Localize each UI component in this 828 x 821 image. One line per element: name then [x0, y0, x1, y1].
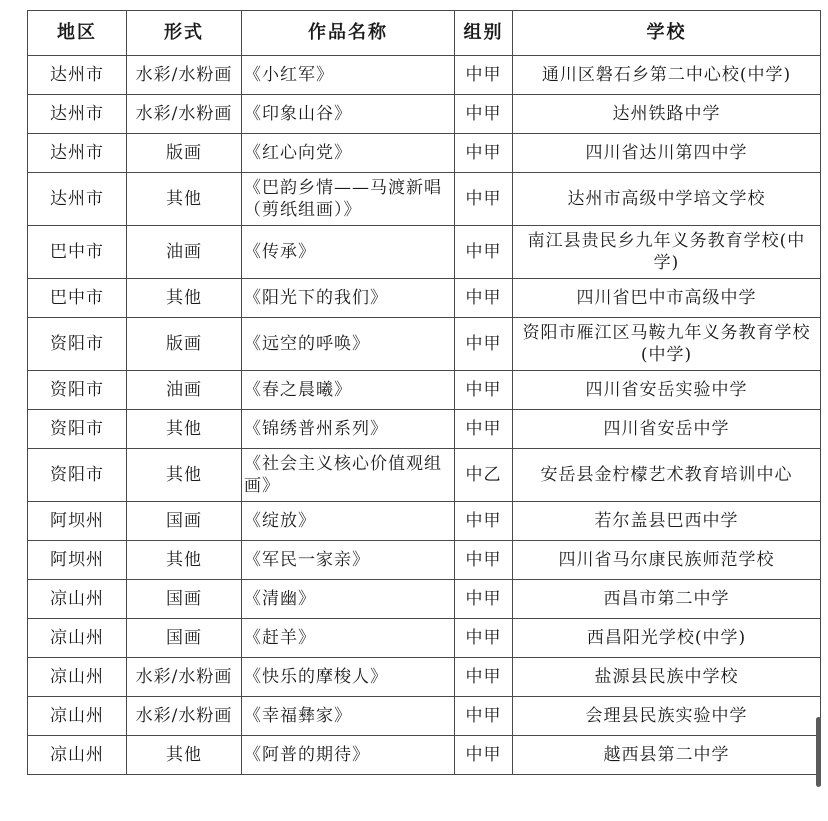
table-row: 达州市 水彩/水粉画 《小红军》 中甲 通川区磐石乡第二中心校(中学)	[28, 56, 821, 95]
cell-region: 凉山州	[28, 697, 127, 736]
cell-group: 中甲	[455, 318, 513, 371]
cell-group: 中甲	[455, 279, 513, 318]
cell-form: 其他	[127, 410, 242, 449]
table-row: 资阳市 版画 《远空的呼唤》 中甲 资阳市雁江区马鞍九年义务教育学校(中学)	[28, 318, 821, 371]
cell-region: 达州市	[28, 173, 127, 226]
cell-form: 其他	[127, 279, 242, 318]
cell-region: 达州市	[28, 95, 127, 134]
cell-form: 水彩/水粉画	[127, 56, 242, 95]
cell-group: 中甲	[455, 541, 513, 580]
cell-group: 中甲	[455, 410, 513, 449]
cell-group: 中甲	[455, 173, 513, 226]
cell-region: 资阳市	[28, 410, 127, 449]
table-row: 资阳市 其他 《锦绣普州系列》 中甲 四川省安岳中学	[28, 410, 821, 449]
cell-form: 国画	[127, 580, 242, 619]
cell-school: 西昌市第二中学	[513, 580, 821, 619]
cell-region: 巴中市	[28, 226, 127, 279]
cell-school: 越西县第二中学	[513, 736, 821, 775]
cell-form: 其他	[127, 736, 242, 775]
cell-form: 水彩/水粉画	[127, 658, 242, 697]
cell-school: 四川省达川第四中学	[513, 134, 821, 173]
table-row: 达州市 水彩/水粉画 《印象山谷》 中甲 达州铁路中学	[28, 95, 821, 134]
cell-region: 阿坝州	[28, 541, 127, 580]
cell-region: 达州市	[28, 56, 127, 95]
cell-school: 达州市高级中学培文学校	[513, 173, 821, 226]
header-form: 形式	[127, 11, 242, 56]
cell-form: 版画	[127, 318, 242, 371]
cell-group: 中甲	[455, 134, 513, 173]
table-row: 凉山州 国画 《赶羊》 中甲 西昌阳光学校(中学)	[28, 619, 821, 658]
table-row: 资阳市 其他 《社会主义核心价值观组画》 中乙 安岳县金柠檬艺术教育培训中心	[28, 449, 821, 502]
cell-group: 中乙	[455, 449, 513, 502]
cell-form: 其他	[127, 449, 242, 502]
cell-title: 《远空的呼唤》	[242, 318, 455, 371]
cell-school: 安岳县金柠檬艺术教育培训中心	[513, 449, 821, 502]
cell-form: 水彩/水粉画	[127, 95, 242, 134]
cell-region: 凉山州	[28, 619, 127, 658]
cell-school: 会理县民族实验中学	[513, 697, 821, 736]
cell-region: 资阳市	[28, 318, 127, 371]
cell-school: 南江县贵民乡九年义务教育学校(中学)	[513, 226, 821, 279]
cell-form: 油画	[127, 371, 242, 410]
table-row: 达州市 其他 《巴韵乡情——马渡新唱（剪纸组画）》 中甲 达州市高级中学培文学校	[28, 173, 821, 226]
cell-title: 《快乐的摩梭人》	[242, 658, 455, 697]
cell-title: 《印象山谷》	[242, 95, 455, 134]
cell-region: 资阳市	[28, 449, 127, 502]
cell-group: 中甲	[455, 56, 513, 95]
cell-title: 《红心向党》	[242, 134, 455, 173]
table-row: 阿坝州 其他 《军民一家亲》 中甲 四川省马尔康民族师范学校	[28, 541, 821, 580]
header-region: 地区	[28, 11, 127, 56]
cell-title: 《阳光下的我们》	[242, 279, 455, 318]
cell-region: 凉山州	[28, 580, 127, 619]
awards-table: 地区 形式 作品名称 组别 学校 达州市 水彩/水粉画 《小红军》 中甲 通川区…	[27, 10, 821, 775]
cell-form: 国画	[127, 502, 242, 541]
table-row: 凉山州 国画 《清幽》 中甲 西昌市第二中学	[28, 580, 821, 619]
cell-title: 《小红军》	[242, 56, 455, 95]
cell-region: 凉山州	[28, 658, 127, 697]
cell-title: 《幸福彝家》	[242, 697, 455, 736]
cell-title: 《春之晨曦》	[242, 371, 455, 410]
cell-title: 《绽放》	[242, 502, 455, 541]
cell-school: 若尔盖县巴西中学	[513, 502, 821, 541]
header-group: 组别	[455, 11, 513, 56]
cell-region: 巴中市	[28, 279, 127, 318]
cell-group: 中甲	[455, 502, 513, 541]
cell-title: 《传承》	[242, 226, 455, 279]
header-row: 地区 形式 作品名称 组别 学校	[28, 11, 821, 56]
cell-title: 《巴韵乡情——马渡新唱（剪纸组画）》	[242, 173, 455, 226]
header-school: 学校	[513, 11, 821, 56]
cell-group: 中甲	[455, 736, 513, 775]
table-row: 凉山州 其他 《阿普的期待》 中甲 越西县第二中学	[28, 736, 821, 775]
table-row: 凉山州 水彩/水粉画 《幸福彝家》 中甲 会理县民族实验中学	[28, 697, 821, 736]
cell-school: 四川省马尔康民族师范学校	[513, 541, 821, 580]
table-row: 达州市 版画 《红心向党》 中甲 四川省达川第四中学	[28, 134, 821, 173]
cell-school: 资阳市雁江区马鞍九年义务教育学校(中学)	[513, 318, 821, 371]
cell-group: 中甲	[455, 371, 513, 410]
cell-school: 达州铁路中学	[513, 95, 821, 134]
cell-school: 西昌阳光学校(中学)	[513, 619, 821, 658]
header-title: 作品名称	[242, 11, 455, 56]
cell-school: 四川省巴中市高级中学	[513, 279, 821, 318]
table-row: 阿坝州 国画 《绽放》 中甲 若尔盖县巴西中学	[28, 502, 821, 541]
cell-title: 《军民一家亲》	[242, 541, 455, 580]
cell-school: 通川区磐石乡第二中心校(中学)	[513, 56, 821, 95]
table-row: 凉山州 水彩/水粉画 《快乐的摩梭人》 中甲 盐源县民族中学校	[28, 658, 821, 697]
table-row: 巴中市 油画 《传承》 中甲 南江县贵民乡九年义务教育学校(中学)	[28, 226, 821, 279]
table-row: 巴中市 其他 《阳光下的我们》 中甲 四川省巴中市高级中学	[28, 279, 821, 318]
cell-form: 其他	[127, 541, 242, 580]
cell-title: 《锦绣普州系列》	[242, 410, 455, 449]
cell-group: 中甲	[455, 619, 513, 658]
table-row: 资阳市 油画 《春之晨曦》 中甲 四川省安岳实验中学	[28, 371, 821, 410]
cell-group: 中甲	[455, 95, 513, 134]
cell-title: 《社会主义核心价值观组画》	[242, 449, 455, 502]
cell-school: 四川省安岳实验中学	[513, 371, 821, 410]
cell-region: 达州市	[28, 134, 127, 173]
cell-form: 国画	[127, 619, 242, 658]
cell-form: 水彩/水粉画	[127, 697, 242, 736]
cell-group: 中甲	[455, 226, 513, 279]
cell-region: 阿坝州	[28, 502, 127, 541]
cell-school: 四川省安岳中学	[513, 410, 821, 449]
cell-title: 《清幽》	[242, 580, 455, 619]
cell-form: 其他	[127, 173, 242, 226]
cell-title: 《阿普的期待》	[242, 736, 455, 775]
cell-title: 《赶羊》	[242, 619, 455, 658]
cell-form: 版画	[127, 134, 242, 173]
vertical-scrollbar[interactable]	[816, 717, 821, 787]
cell-group: 中甲	[455, 580, 513, 619]
cell-region: 资阳市	[28, 371, 127, 410]
cell-group: 中甲	[455, 697, 513, 736]
cell-form: 油画	[127, 226, 242, 279]
cell-school: 盐源县民族中学校	[513, 658, 821, 697]
cell-region: 凉山州	[28, 736, 127, 775]
cell-group: 中甲	[455, 658, 513, 697]
